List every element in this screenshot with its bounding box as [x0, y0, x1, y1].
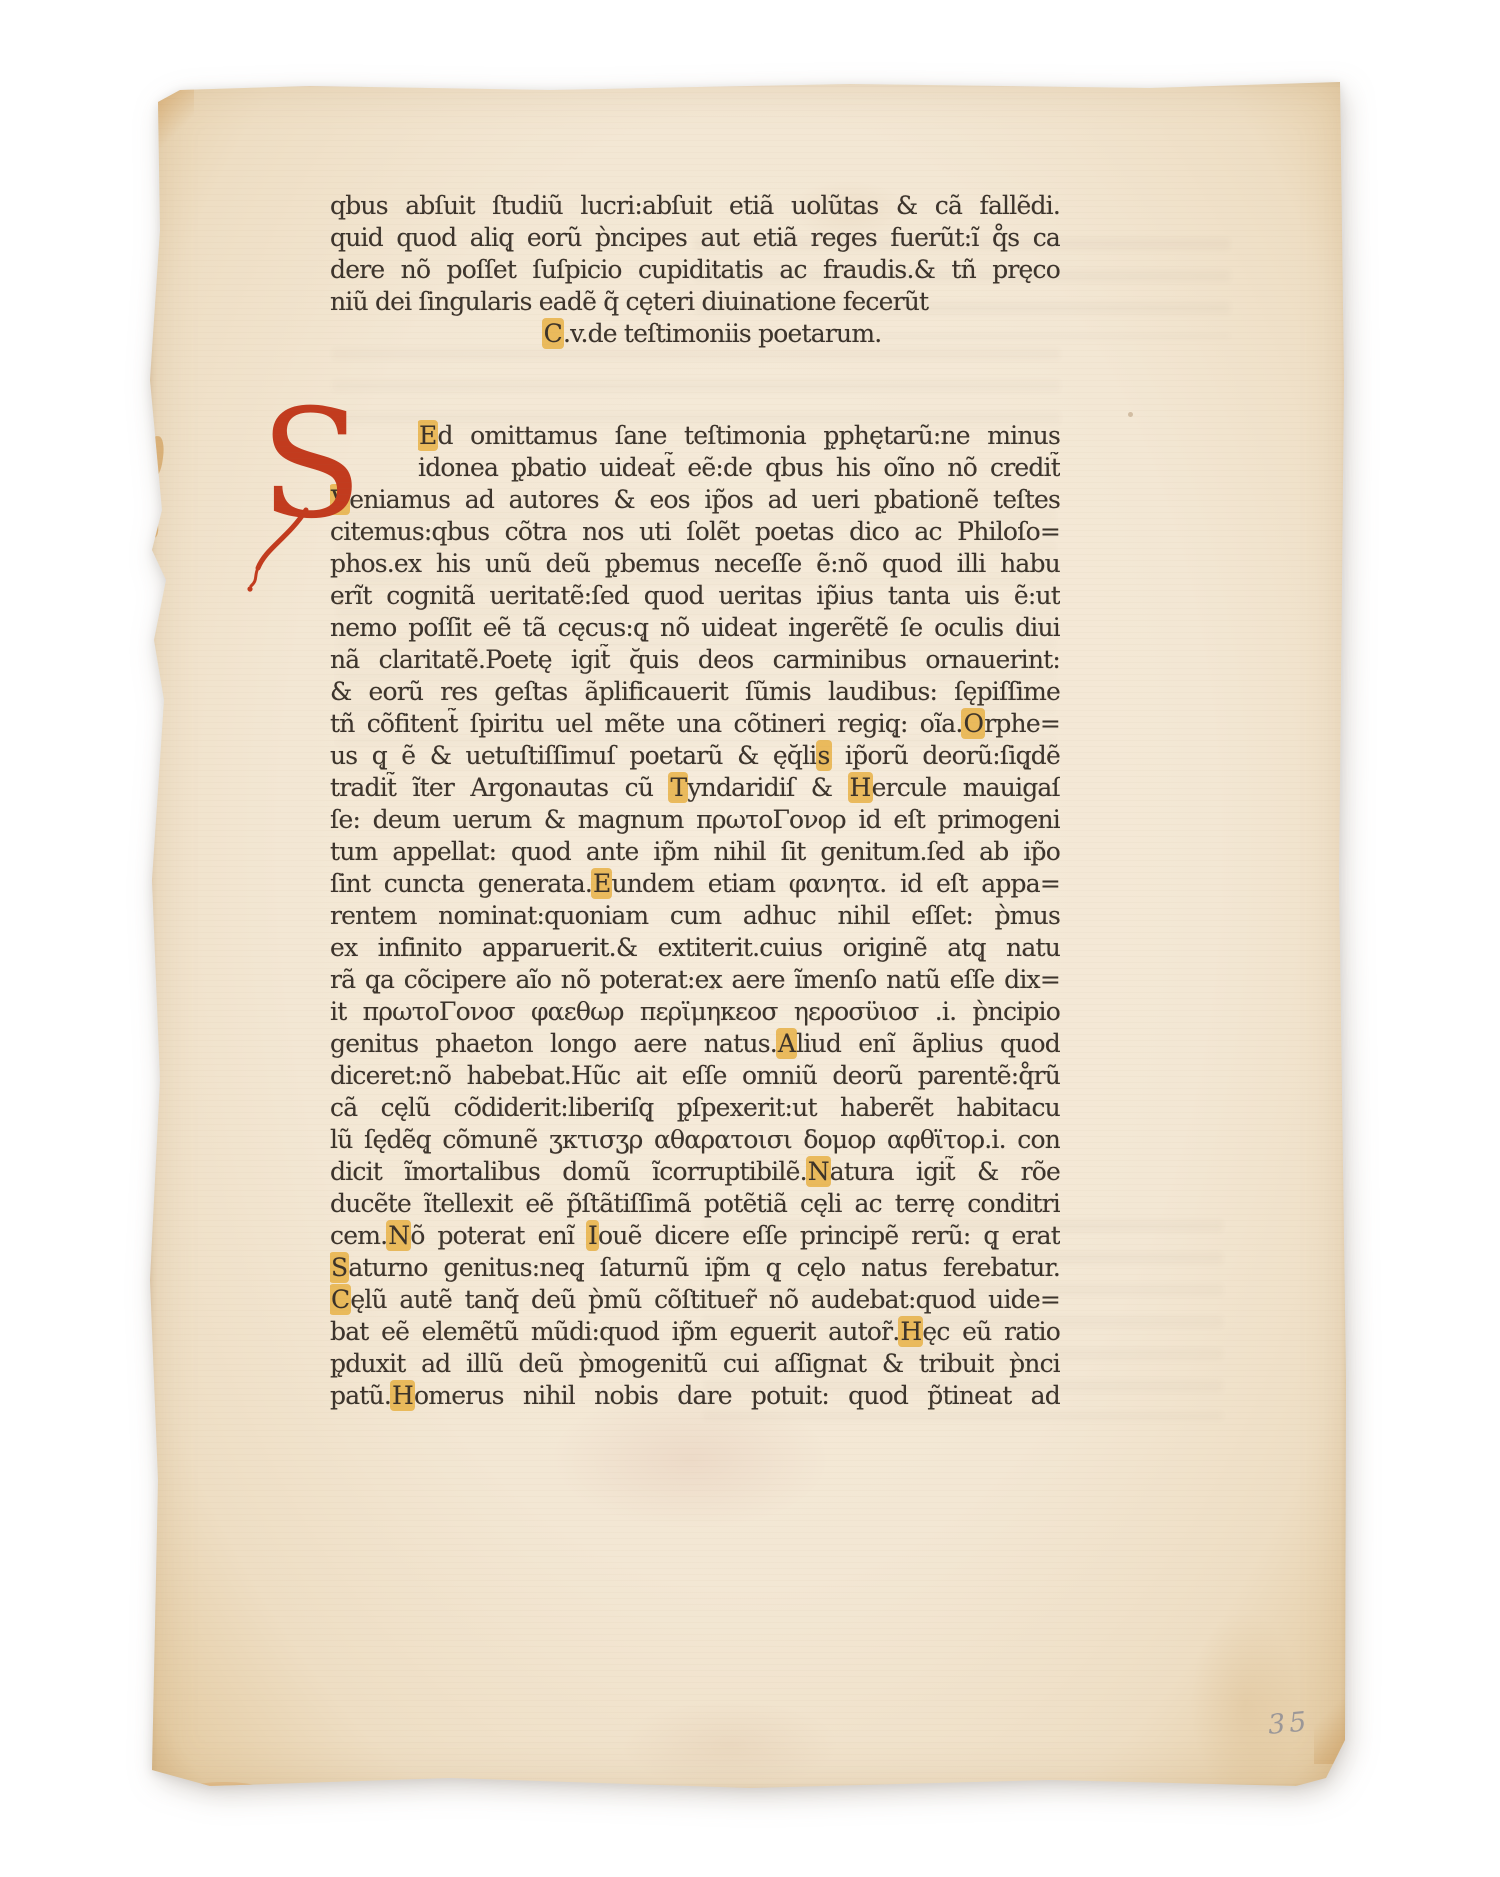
browned-corner-bottom-right — [1314, 1694, 1348, 1764]
paragraph-text-line: & eorũ res geſtas ãplificauerit ſũmis la… — [330, 676, 1060, 708]
browned-corner-top-left — [150, 80, 194, 150]
yellow-washed-capital: A — [776, 1028, 797, 1059]
yellow-washed-capital: N — [386, 1220, 411, 1251]
paragraph-text-line: ex infinito apparuerit.& extiterit.cuius… — [330, 932, 1060, 964]
yellow-washed-capital: O — [961, 708, 985, 739]
drop-cap-flourish-icon — [246, 506, 320, 592]
text-segment: ſe: deum uerum & magnum πρωτοΓονορ id eſ… — [330, 805, 1060, 834]
text-segment: & eorũ res geſtas ãplificauerit ſũmis la… — [330, 677, 1060, 706]
text-segment: d omittamus ſane teſtimonia p̨phętarũ:ne… — [437, 421, 1060, 450]
text-segment: ducẽte ĩtellexit eẽ p̃ſtãtiſſimã potẽtiã… — [330, 1189, 1060, 1218]
paragraph-text-line: genitus phaeton longo aere natus.Aliud e… — [330, 1028, 1060, 1060]
pencil-folio-number: 35 — [1267, 1706, 1312, 1741]
edge-chip — [145, 435, 165, 479]
yellow-washed-capital: s — [816, 740, 832, 771]
intro-text-line: qbus abſuit ſtudiũ lucri:abſuit etiã uol… — [330, 190, 1060, 222]
text-segment: nemo poſſit eẽ tã cęcus:q̨ nõ uideat ing… — [330, 613, 1060, 642]
edge-chip — [146, 511, 160, 538]
paragraph-text-line: Cęlũ autẽ tanq̆ deũ p̀mũ cõſtituer̃ nõ a… — [330, 1284, 1060, 1316]
paragraph-text-line: us q̨ ẽ & uetuſtiſſimuſ poetarũ & ęq̆lis… — [330, 740, 1060, 772]
paragraph-text-line: cã cęlũ cõdiderit:liberiſq̨ p̨ſpexerit:u… — [330, 1092, 1060, 1124]
paragraph-text-line: it πρωτοΓονοσ φαεθωρ περϊμηκεοσ ηεροσϋιο… — [330, 996, 1060, 1028]
text-block: qbus abſuit ſtudiũ lucri:abſuit etiã uol… — [330, 190, 1060, 1412]
text-segment: lũ ſędẽq̨ cõmunẽ ʒκτισʒρ αθαρατοισι δομο… — [330, 1125, 1060, 1154]
text-segment: tum appellat: quod ante ip̃m nihil ſit g… — [330, 837, 1060, 866]
yellow-washed-capital: E — [418, 420, 438, 451]
text-segment: qbus abſuit ſtudiũ lucri:abſuit etiã uol… — [330, 191, 1060, 220]
yellow-washed-capital: H — [848, 772, 873, 803]
text-segment: ercule mauigaſ — [872, 773, 1060, 802]
text-segment: rentem nominat:quoniam cum adhuc nihil e… — [330, 901, 1060, 930]
text-segment: it πρωτοΓονοσ φαεθωρ περϊμηκεοσ ηεροσϋιο… — [330, 997, 1060, 1026]
text-segment: bat eẽ elemẽtũ mũdi:quod ip̃m eguerit au… — [330, 1317, 899, 1346]
intro-text-line: quid quod aliq̨ eorũ p̀ncipes aut etiã r… — [330, 222, 1060, 254]
paragraph-text-line: tñ cõfitent̃ ſpiritu uel mẽte una cõtine… — [330, 708, 1060, 740]
incunable-leaf: qbus abſuit ſtudiũ lucri:abſuit etiã uol… — [150, 80, 1348, 1790]
chapter-heading: C.v.de teſtimoniis poetarum. — [330, 318, 1060, 350]
text-segment: genitus phaeton longo aere natus. — [330, 1029, 777, 1058]
foxing-spot — [1128, 412, 1133, 417]
leaf-shadow-wrap: qbus abſuit ſtudiũ lucri:abſuit etiã uol… — [150, 80, 1348, 1790]
text-segment: aturno genitus:neq̨ ſaturnũ ip̃m q̨ cęlo… — [348, 1253, 1060, 1282]
yellow-washed-capital: T — [668, 772, 688, 803]
text-segment: us q̨ ẽ & uetuſtiſſimuſ poetarũ & ęq̆li — [330, 741, 817, 770]
text-segment: p̨duxit ad illũ deũ p̀mogenitũ cui aſſig… — [330, 1349, 1060, 1378]
text-segment: ęlũ autẽ tanq̆ deũ p̀mũ cõſtituer̃ nõ au… — [350, 1285, 1060, 1314]
text-segment: ex infinito apparuerit.& extiterit.cuius… — [330, 933, 1060, 962]
paragraph-text-line: ducẽte ĩtellexit eẽ p̃ſtãtiſſimã potẽtiã… — [330, 1188, 1060, 1220]
yellow-washed-capital: N — [806, 1156, 831, 1187]
paragraph-text-line: nã claritatẽ.Poetę igit̃ q̆uis deos carm… — [330, 644, 1060, 676]
text-segment: atura igit̃ & rõe — [830, 1157, 1060, 1186]
paragraph-text-line: Ed omittamus ſane teſtimonia p̨phętarũ:n… — [418, 420, 1060, 452]
paragraph-text-line: phos.ex his unũ deũ p̨bemus neceſſe ẽ:nõ… — [330, 548, 1060, 580]
text-segment: tñ cõfitent̃ ſpiritu uel mẽte una cõtine… — [330, 709, 962, 738]
text-segment: omerus nihil nobis dare potuit: quod p̃t… — [414, 1381, 1060, 1410]
text-segment: idonea p̨batio uideat̃ eẽ:de qbus his oĩ… — [418, 453, 1060, 482]
paragraph-text-line: cem.Nõ poterat enĩ Iouẽ dicere eſſe prin… — [330, 1220, 1060, 1252]
paragraph-text-line: idonea p̨batio uideat̃ eẽ:de qbus his oĩ… — [418, 452, 1060, 484]
yellow-washed-capital: E — [591, 868, 612, 899]
text-segment: ſint cuncta generata. — [330, 869, 592, 898]
stain — [1190, 1610, 1300, 1800]
text-segment: ouẽ dicere eſſe principẽ rerũ: q̨ erat — [598, 1221, 1060, 1250]
text-segment: ęc eũ ratio — [922, 1317, 1060, 1346]
paragraph-text-line: ſint cuncta generata.Eundem etiam φανητα… — [330, 868, 1060, 900]
paragraph-text-line: dicit ĩmortalibus domũ ĩcorruptibilẽ.Nat… — [330, 1156, 1060, 1188]
text-segment: eniamus ad autores & eos ip̃os ad ueri p… — [349, 485, 1060, 514]
text-segment: .v.de teſtimoniis poetarum. — [563, 319, 881, 348]
paragraph-text-line: lũ ſędẽq̨ cõmunẽ ʒκτισʒρ αθαρατοισι δομο… — [330, 1124, 1060, 1156]
intro-lines: qbus abſuit ſtudiũ lucri:abſuit etiã uol… — [330, 190, 1060, 318]
text-segment: dicit ĩmortalibus domũ ĩcorruptibilẽ. — [330, 1157, 807, 1186]
paragraph-text-line: Saturno genitus:neq̨ ſaturnũ ip̃m q̨ cęl… — [330, 1252, 1060, 1284]
text-segment: liud enĩ ãplius quod — [796, 1029, 1060, 1058]
paragraph-text-line: p̨duxit ad illũ deũ p̀mogenitũ cui aſſig… — [330, 1348, 1060, 1380]
text-segment: citemus:qbus cõtra nos uti ſolẽt poetas … — [330, 517, 1060, 546]
text-segment: dere nõ poſſet ſuſpicio cupiditatis ac f… — [330, 255, 1060, 284]
text-segment: õ poterat enĩ — [410, 1221, 587, 1250]
paragraph-text-line: rentem nominat:quoniam cum adhuc nihil e… — [330, 900, 1060, 932]
paragraph-text-line: tradit̃ ĩter Argonautas cũ Tyndaridiſ & … — [330, 772, 1060, 804]
text-segment: nã claritatẽ.Poetę igit̃ q̆uis deos carm… — [330, 645, 1060, 674]
yellow-washed-capital: H — [898, 1316, 923, 1347]
text-segment: patũ. — [330, 1381, 391, 1410]
paragraph-text-line: ſe: deum uerum & magnum πρωτοΓονορ id eſ… — [330, 804, 1060, 836]
text-segment: rphe= — [984, 709, 1060, 738]
stain — [620, 1700, 840, 1790]
paragraph-text-line: diceret:nõ habebat.Hũc ait eſſe omniũ de… — [330, 1060, 1060, 1092]
yellow-washed-capital: H — [390, 1380, 415, 1411]
text-segment: erĩt cognitã ueritatẽ:ſed quod ueritas i… — [330, 581, 1060, 610]
text-segment: quid quod aliq̨ eorũ p̀ncipes aut etiã r… — [330, 223, 1060, 252]
text-segment: cem. — [330, 1221, 387, 1250]
yellow-washed-capital: V — [330, 484, 350, 515]
paragraph-text-line: citemus:qbus cõtra nos uti ſolẽt poetas … — [330, 516, 1060, 548]
text-segment: undem etiam φανητα. id eſt appa= — [611, 869, 1060, 898]
chapter-heading-line: C.v.de teſtimoniis poetarum. — [330, 318, 1060, 350]
text-segment: tradit̃ ĩter Argonautas cũ — [330, 773, 669, 802]
paragraph-text-line: nemo poſſit eẽ tã cęcus:q̨ nõ uideat ing… — [330, 612, 1060, 644]
text-segment: cã cęlũ cõdiderit:liberiſq̨ p̨ſpexerit:u… — [330, 1093, 1060, 1122]
intro-text-line: niũ dei ſingularis eadẽ q̃ cęteri diuina… — [330, 286, 1060, 318]
edge-chip — [192, 1782, 256, 1792]
yellow-washed-capital: C — [330, 1284, 351, 1315]
text-segment: niũ dei ſingularis eadẽ q̃ cęteri diuina… — [330, 287, 928, 316]
paragraph-text-line: rã q̨a cõcipere aĩo nõ poterat:ex aere ĩ… — [330, 964, 1060, 996]
text-segment: yndaridiſ & — [687, 773, 848, 802]
text-segment: ip̃orũ deorũ:ſiq̨dẽ — [831, 741, 1060, 770]
paragraph-text-line: bat eẽ elemẽtũ mũdi:quod ip̃m eguerit au… — [330, 1316, 1060, 1348]
text-segment: rã q̨a cõcipere aĩo nõ poterat:ex aere ĩ… — [330, 965, 1060, 994]
paragraph-text-line: erĩt cognitã ueritatẽ:ſed quod ueritas i… — [330, 580, 1060, 612]
paragraph-text-line: tum appellat: quod ante ip̃m nihil ſit g… — [330, 836, 1060, 868]
yellow-washed-capital: S — [330, 1252, 349, 1283]
paragraph-text-line: patũ.Homerus nihil nobis dare potuit: qu… — [330, 1380, 1060, 1412]
text-segment: phos.ex his unũ deũ p̨bemus neceſſe ẽ:nõ… — [330, 549, 1060, 578]
paragraph-text-line: Veniamus ad autores & eos ip̃os ad ueri … — [330, 484, 1060, 516]
main-paragraph: S Ed omittamus ſane teſtimonia p̨phętarũ… — [330, 420, 1060, 1412]
intro-text-line: dere nõ poſſet ſuſpicio cupiditatis ac f… — [330, 254, 1060, 286]
yellow-washed-capital: C — [542, 318, 564, 349]
text-segment: diceret:nõ habebat.Hũc ait eſſe omniũ de… — [330, 1061, 1060, 1090]
